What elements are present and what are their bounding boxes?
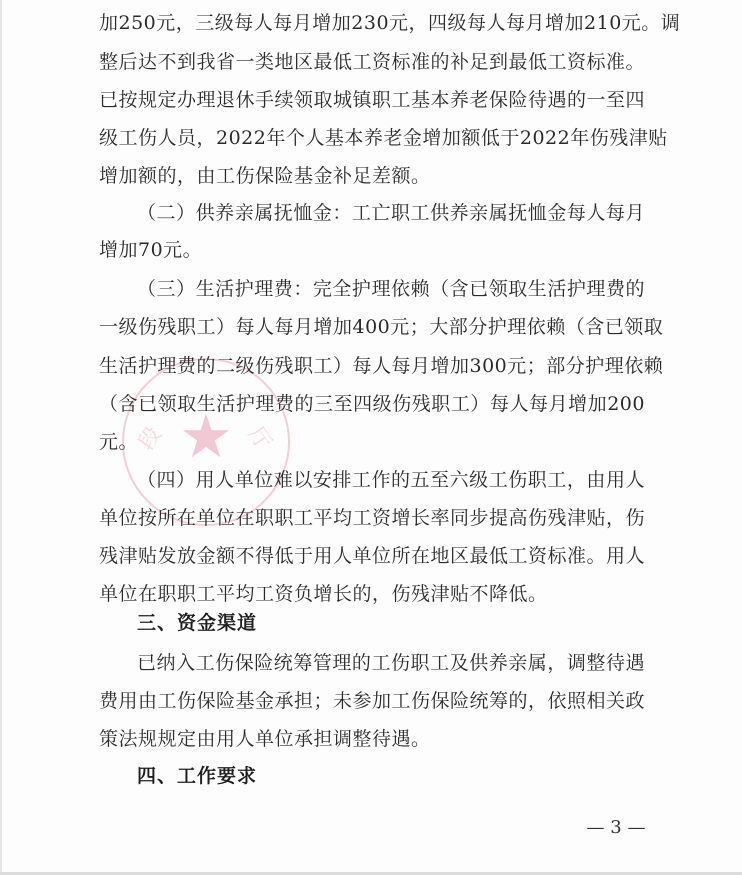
text-line: （四）用人单位难以安排工作的五至六级工伤职工，由用人 <box>137 467 645 493</box>
text-line: （含已领取生活护理费的三至四级伤残职工）每人每月增加200 <box>99 391 645 417</box>
text-line: 策法规规定由用人单位承担调整待遇。 <box>99 726 645 752</box>
text-line: 级工伤人员，2022年个人基本养老金增加额低于2022年伤残津贴 <box>99 125 645 151</box>
page-number: — 3 — <box>585 815 647 841</box>
text-line: 已按规定办理退休手续领取城镇职工基本养老保险待遇的一至四 <box>99 87 645 113</box>
text-line: 单位在职职工平均工资负增长的，伤残津贴不降低。 <box>99 581 645 607</box>
text-line: 生活护理费的二级伤残职工）每人每月增加300元；部分护理依赖 <box>99 353 645 379</box>
text-line: 增加额的，由工伤保险基金补足差额。 <box>99 163 645 189</box>
section-heading-funding-channels: 三、资金渠道 <box>137 610 257 636</box>
text-line: （二）供养亲属抚恤金：工亡职工供养亲属抚恤金每人每月 <box>137 200 645 226</box>
text-line: （三）生活护理费：完全护理依赖（含已领取生活护理费的 <box>137 276 645 302</box>
text-line: 已纳入工伤保险统筹管理的工伤职工及供养亲属，调整待遇 <box>137 650 645 676</box>
text-line: 费用由工伤保险基金承担；未参加工伤保险统筹的，依照相关政 <box>99 688 645 714</box>
text-line: 元。 <box>99 429 645 455</box>
section-heading-work-requirements: 四、工作要求 <box>137 763 257 789</box>
document-page: 加250元，三级每人每月增加230元，四级每人每月增加210元。调 整后达不到我… <box>0 0 742 875</box>
text-line: 一级伤残职工）每人每月增加400元；大部分护理依赖（含已领取 <box>99 314 645 340</box>
text-line: 残津贴发放金额不得低于用人单位所在地区最低工资标准。用人 <box>99 543 645 569</box>
text-line: 增加70元。 <box>99 237 645 263</box>
text-line: 单位按所在单位在职职工平均工资增长率同步提高伤残津贴，伤 <box>99 505 645 531</box>
text-line: 整后达不到我省一类地区最低工资标准的补足到最低工资标准。 <box>99 49 645 75</box>
text-line: 加250元，三级每人每月增加230元，四级每人每月增加210元。调 <box>99 10 645 36</box>
